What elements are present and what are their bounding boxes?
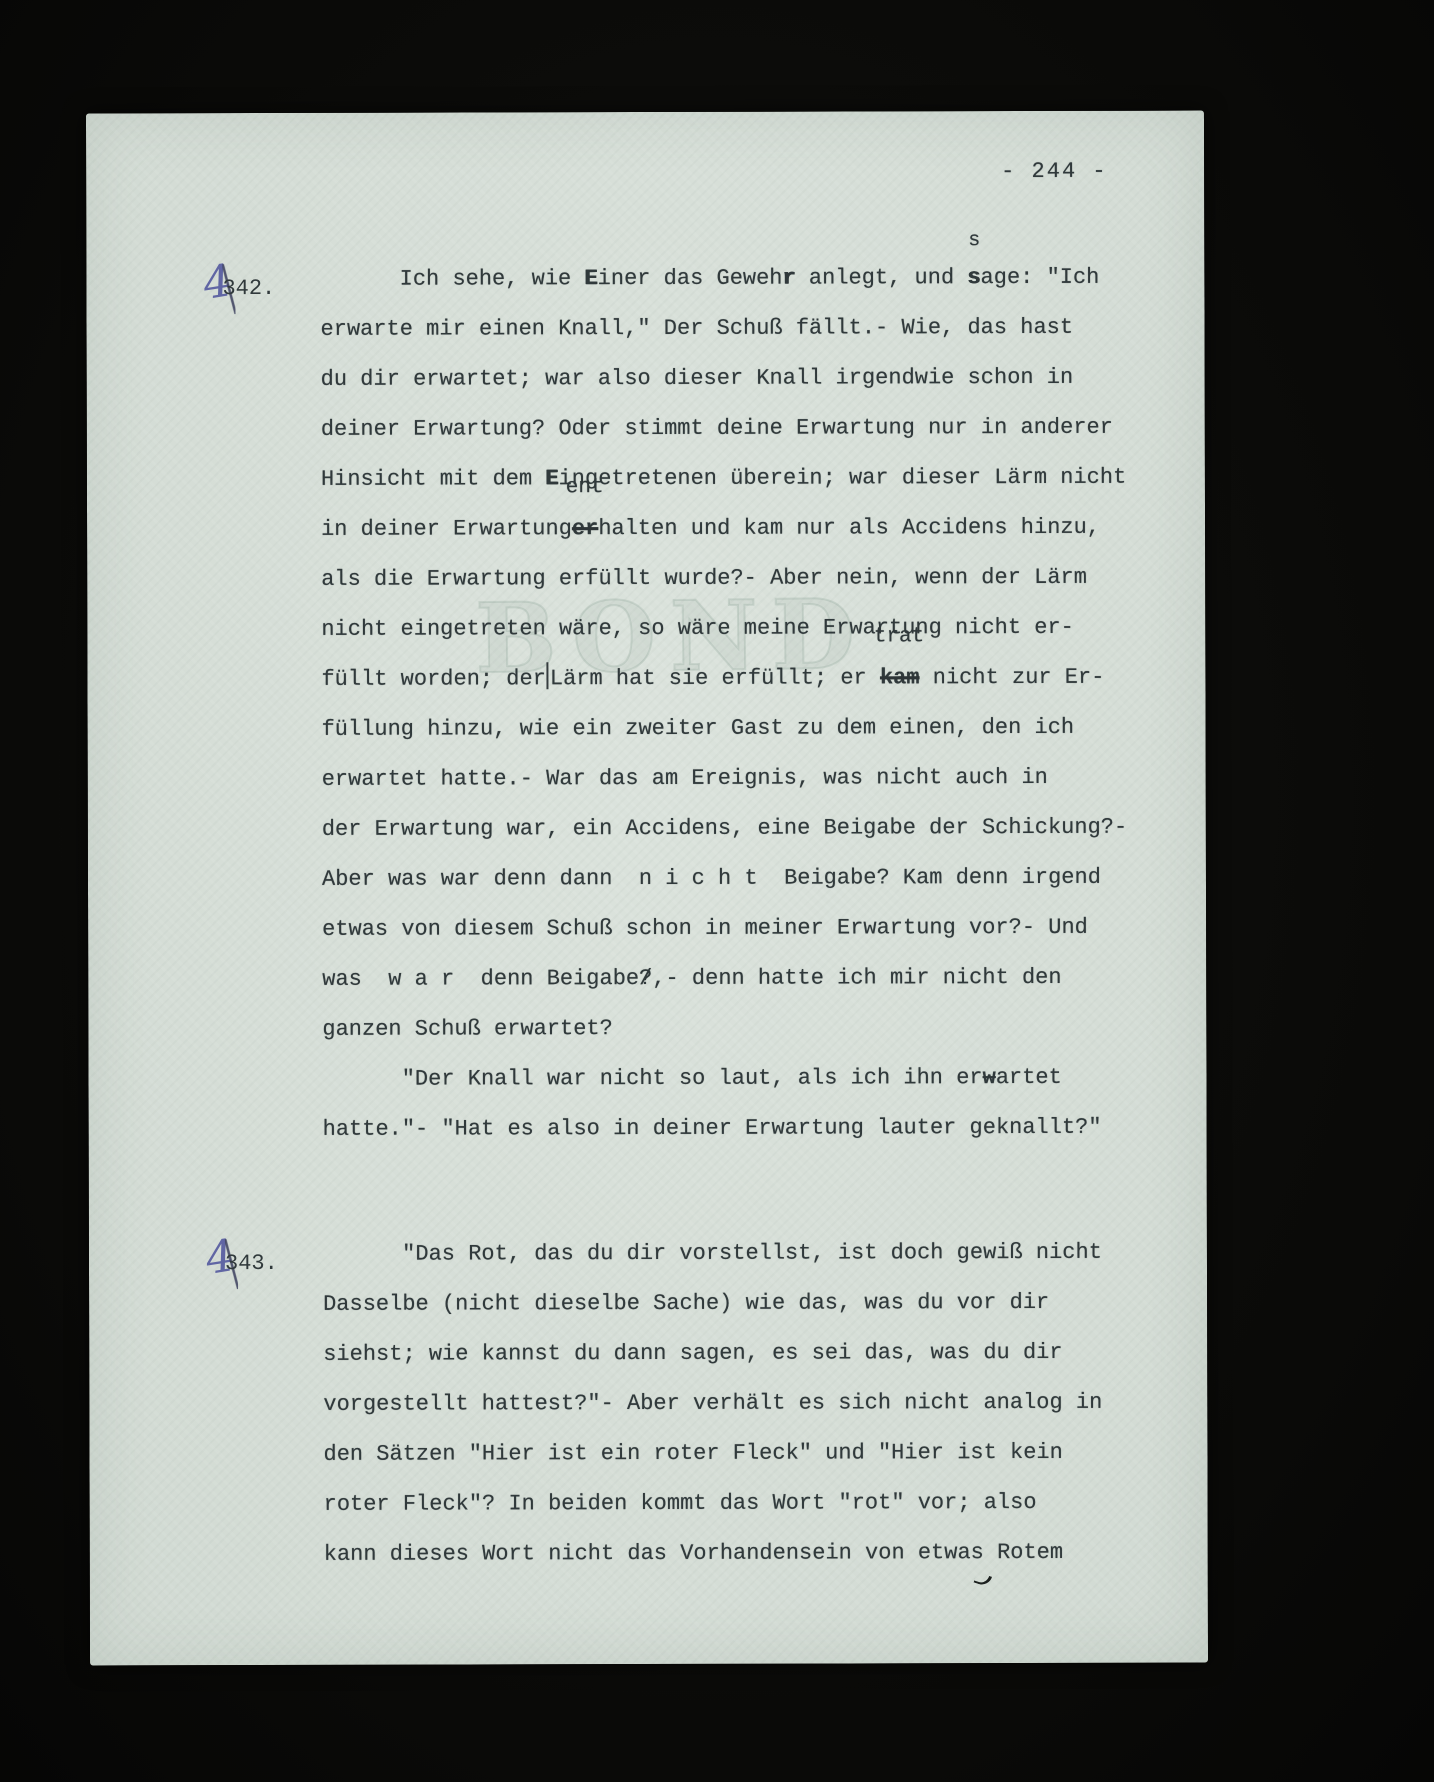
text-line: du dir erwartet; war also dieser Knall i… <box>321 353 1181 405</box>
paragraph-442: 4342. Ich sehe, wie Einer das Gewehr anl… <box>320 253 1182 1155</box>
typed-correction-above: s <box>968 230 980 251</box>
struck-letters: er <box>572 516 598 541</box>
text-line: füllung hinzu, wie ein zweiter Gast zu d… <box>322 703 1182 755</box>
struck-typed-digit: 3 <box>222 264 235 314</box>
page-number: - 244 - <box>1001 159 1107 184</box>
text-line: "Das Rot, das du dir vorstellst, ist doc… <box>323 1228 1183 1280</box>
scan-background: { "page": { "number": "- 244 -", "waterm… <box>0 0 1434 1782</box>
correction-group: enter <box>572 504 599 554</box>
text-segment: Lärm hat sie erfüllt; er <box>550 665 880 691</box>
paragraph-number-text: 43. <box>238 1251 278 1276</box>
paragraph-443: 4343. "Das Rot, das du dir vorstellst, i… <box>323 1228 1184 1580</box>
text-line: roter Fleck"? In beiden kommt das Wort "… <box>324 1478 1184 1530</box>
page-content: 4342. Ich sehe, wie Einer das Gewehr anl… <box>320 253 1183 1580</box>
text-line: siehst; wie kannst du dann sagen, es sei… <box>323 1328 1183 1380</box>
text-line: erwarte mir einen Knall," Der Schuß fäll… <box>320 303 1180 355</box>
text-line: etwas von diesem Schuß schon in meiner E… <box>322 903 1182 955</box>
paragraph-number-text: 42. <box>236 276 276 301</box>
correction-group: ss <box>967 253 980 303</box>
text-line: der Erwartung war, ein Accidens, eine Be… <box>322 803 1182 855</box>
text-segment: "Der Knall war nicht so laut, als ich ih… <box>322 1065 982 1092</box>
text-segment: in deiner Erwartung <box>321 516 572 542</box>
overtyped-letter: r <box>782 266 795 291</box>
overtyped-letter: w <box>983 1065 996 1090</box>
text-line: ganzen Schuß erwartet? <box>322 1003 1182 1055</box>
paragraph-number-443: 4343. <box>206 1230 278 1280</box>
text-line: Hinsicht mit dem Eingetretenen überein; … <box>321 453 1181 505</box>
text-segment: ,- denn hatte ich mir nicht den <box>652 965 1061 991</box>
text-segment: age: "Ich <box>981 265 1100 290</box>
text-line: füllt worden; derLärm hat sie erfüllt; e… <box>321 653 1181 705</box>
text-line: als die Erwartung erfüllt wurde?- Aber n… <box>321 553 1181 605</box>
text-line: nicht eingetreten wäre, so wäre meine Er… <box>321 603 1181 655</box>
text-segment: Hinsicht mit dem <box>321 466 546 492</box>
text-line: den Sätzen "Hier ist ein roter Fleck" un… <box>323 1428 1183 1480</box>
text-segment: nicht zur Er- <box>920 665 1105 690</box>
text-segment: iner das Geweh <box>598 266 783 291</box>
typescript-page: - 244 - BOND 4342. Ich sehe, wie Einer d… <box>86 111 1208 1666</box>
overstruck-character: ?/ <box>639 954 652 1004</box>
text-line: erwartet hatte.- War das am Ereignis, wa… <box>322 753 1182 805</box>
correction-group: tratkam <box>880 653 920 703</box>
text-segment: ingetretenen überein; war dieser Lärm ni… <box>559 465 1127 491</box>
text-segment: anlegt, und <box>796 265 968 290</box>
overtyped-letter: E <box>584 266 597 291</box>
text-line: vorgestellt hattest?"- Aber verhält es s… <box>323 1378 1183 1430</box>
text-segment: füllt worden; der <box>321 666 546 692</box>
text-line: Ich sehe, wie Einer das Gewehr anlegt, u… <box>320 253 1180 305</box>
text-line: kann dieses Wort nicht das Vorhandensein… <box>324 1528 1184 1580</box>
text-line: hatte."- "Hat es also in deiner Erwartun… <box>323 1103 1183 1155</box>
text-line: Dasselbe (nicht dieselbe Sache) wie das,… <box>323 1278 1183 1330</box>
struck-typed-digit: 3 <box>225 1239 238 1289</box>
text-segment: artet <box>996 1065 1062 1090</box>
paragraph-number-442: 4342. <box>203 255 275 305</box>
typed-correction-above: trat <box>874 626 924 647</box>
text-line: was w a r denn Beigabe?/,- denn hatte ic… <box>322 953 1182 1005</box>
overtyped-letter: E <box>545 466 558 491</box>
text-line: Aber was war denn dann n i c h t Beigabe… <box>322 853 1182 905</box>
typed-correction-above: ent <box>566 477 604 498</box>
text-segment: was w a r denn Beigabe <box>322 966 639 992</box>
text-line: deiner Erwartung? Oder stimmt deine Erwa… <box>321 403 1181 455</box>
text-line: "Der Knall war nicht so laut, als ich ih… <box>322 1053 1182 1105</box>
overstrike-character: / <box>639 954 652 1004</box>
text-segment: halten und kam nur als Accidens hinzu, <box>598 515 1100 541</box>
quote-subparagraph: "Der Knall war nicht so laut, als ich ih… <box>322 1053 1182 1155</box>
struck-word: kam <box>880 665 920 690</box>
text-line: in deiner Erwartungenterhalten und kam n… <box>321 503 1181 555</box>
overtyped-letter: s <box>967 265 980 290</box>
text-segment: Ich sehe, wie <box>320 266 584 292</box>
